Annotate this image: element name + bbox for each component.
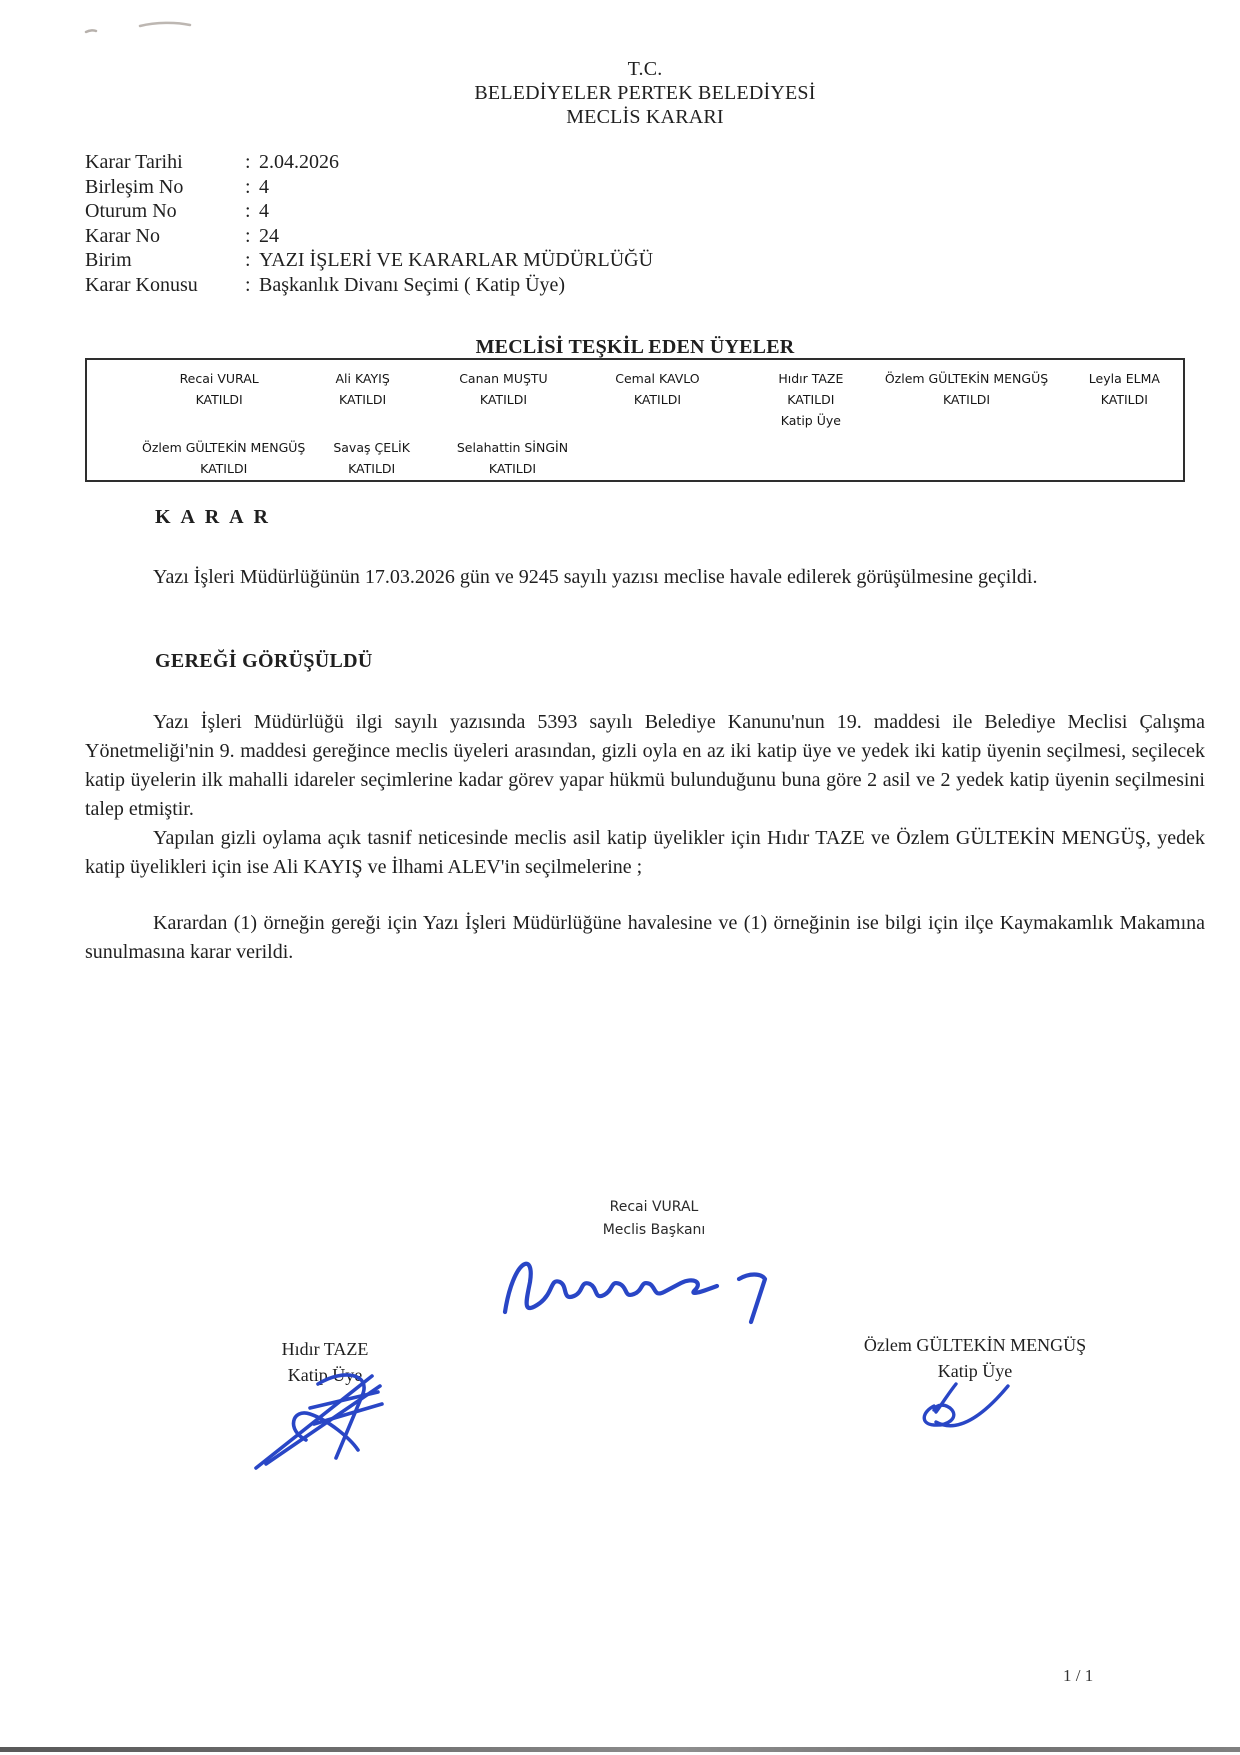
deliberation-heading: GEREĞİ GÖRÜŞÜLDÜ <box>155 650 373 673</box>
members-row-2: Özlem GÜLTEKİN MENGÜŞ KATILDI Savaş ÇELİ… <box>87 437 1183 479</box>
meta-label: Birleşim No <box>85 175 245 200</box>
meta-row-karar-konusu: Karar Konusu:Başkanlık Divanı Seçimi ( K… <box>85 273 1205 298</box>
resolution-paragraph: Karardan (1) örneğin gereği için Yazı İş… <box>85 909 1205 967</box>
member-name: Özlem GÜLTEKİN MENGÜŞ <box>885 368 1048 389</box>
member-name: Özlem GÜLTEKİN MENGÜŞ <box>142 437 305 458</box>
page-number: 1 / 1 <box>1063 1666 1093 1686</box>
decision-heading: K A R A R <box>155 506 271 529</box>
member-status: KATILDI <box>142 389 296 410</box>
member-status: KATILDI <box>142 458 305 479</box>
decision-metadata: Karar Tarihi:2.04.2026 Birleşim No:4 Otu… <box>85 150 1205 297</box>
member-status: KATILDI <box>305 458 438 479</box>
meta-colon: : <box>245 248 259 273</box>
document-header: T.C. BELEDİYELER PERTEK BELEDİYESİ MECLİ… <box>85 57 1205 129</box>
meta-row-karar-tarihi: Karar Tarihi:2.04.2026 <box>85 150 1205 175</box>
paragraph-text: Karardan (1) örneğin gereği için Yazı İş… <box>85 909 1205 967</box>
meta-label: Karar Konusu <box>85 273 245 298</box>
member-status: KATILDI <box>737 389 885 410</box>
deliberation-paragraphs: Yazı İşleri Müdürlüğü ilgi sayılı yazısı… <box>85 708 1205 882</box>
member-cell: Özlem GÜLTEKİN MENGÜŞ KATILDI <box>87 437 305 479</box>
member-status: KATILDI <box>578 389 737 410</box>
member-cell: Özlem GÜLTEKİN MENGÜŞ KATILDI <box>885 368 1048 431</box>
member-name: Ali KAYIŞ <box>296 368 429 389</box>
member-status: KATILDI <box>885 389 1048 410</box>
member-cell: Cemal KAVLO KATILDI <box>578 368 737 431</box>
document-page: T.C. BELEDİYELER PERTEK BELEDİYESİ MECLİ… <box>0 0 1240 1755</box>
header-municipality: BELEDİYELER PERTEK BELEDİYESİ <box>85 81 1205 105</box>
meta-value: Başkanlık Divanı Seçimi ( Katip Üye) <box>259 273 565 298</box>
decision-intro-paragraph: Yazı İşleri Müdürlüğünün 17.03.2026 gün … <box>85 563 1205 592</box>
member-name: Savaş ÇELİK <box>305 437 438 458</box>
scan-edge-bar <box>0 1747 1240 1752</box>
member-cell: Hıdır TAZE KATILDI Katip Üye <box>737 368 885 431</box>
meta-label: Karar Tarihi <box>85 150 245 175</box>
header-republic: T.C. <box>85 57 1205 81</box>
meta-row-karar-no: Karar No:24 <box>85 224 1205 249</box>
member-cell: Canan MUŞTU KATILDI <box>429 368 578 431</box>
meta-value: 4 <box>259 199 269 224</box>
member-status: KATILDI <box>1048 389 1200 410</box>
clerk-left-signature-ink <box>252 1352 397 1474</box>
meta-value: YAZI İŞLERİ VE KARARLAR MÜDÜRLÜĞÜ <box>259 248 653 273</box>
meta-row-birim: Birim:YAZI İŞLERİ VE KARARLAR MÜDÜRLÜĞÜ <box>85 248 1205 273</box>
member-cell: Selahattin SİNGİN KATILDI <box>438 437 587 479</box>
meta-colon: : <box>245 273 259 298</box>
scan-artifact-marks <box>78 18 228 40</box>
member-cell: Leyla ELMA KATILDI <box>1048 368 1200 431</box>
meta-row-oturum-no: Oturum No:4 <box>85 199 1205 224</box>
meta-label: Karar No <box>85 224 245 249</box>
meta-colon: : <box>245 150 259 175</box>
member-name: Recai VURAL <box>142 368 296 389</box>
members-section-title: MECLİSİ TEŞKİL EDEN ÜYELER <box>85 336 1185 358</box>
member-cell: Recai VURAL KATILDI <box>87 368 296 431</box>
member-cell: Savaş ÇELİK KATILDI <box>305 437 438 479</box>
member-status: KATILDI <box>438 458 587 479</box>
member-status: KATILDI <box>296 389 429 410</box>
meta-label: Birim <box>85 248 245 273</box>
member-name: Canan MUŞTU <box>429 368 578 389</box>
meta-colon: : <box>245 199 259 224</box>
meta-value: 4 <box>259 175 269 200</box>
paragraph-text: Yapılan gizli oylama açık tasnif netices… <box>85 824 1205 882</box>
member-name: Selahattin SİNGİN <box>438 437 587 458</box>
council-members-section: MECLİSİ TEŞKİL EDEN ÜYELER Recai VURAL K… <box>85 336 1185 482</box>
member-role: Katip Üye <box>737 410 885 431</box>
president-name: Recai VURAL <box>494 1196 814 1219</box>
member-status: KATILDI <box>429 389 578 410</box>
header-doc-type: MECLİS KARARI <box>85 105 1205 129</box>
member-name: Hıdır TAZE <box>737 368 885 389</box>
clerk-right-signature-ink <box>912 1376 1016 1434</box>
meta-label: Oturum No <box>85 199 245 224</box>
members-row-1: Recai VURAL KATILDI Ali KAYIŞ KATILDI Ca… <box>87 368 1183 431</box>
paragraph-text: Yazı İşleri Müdürlüğünün 17.03.2026 gün … <box>85 563 1205 592</box>
meta-value: 24 <box>259 224 279 249</box>
member-name: Leyla ELMA <box>1048 368 1200 389</box>
member-cell: Ali KAYIŞ KATILDI <box>296 368 429 431</box>
meta-row-birlesim-no: Birleşim No:4 <box>85 175 1205 200</box>
meta-colon: : <box>245 224 259 249</box>
members-table: Recai VURAL KATILDI Ali KAYIŞ KATILDI Ca… <box>85 358 1185 482</box>
clerk-right-name: Özlem GÜLTEKİN MENGÜŞ <box>795 1332 1155 1358</box>
member-name: Cemal KAVLO <box>578 368 737 389</box>
paragraph-text: Yazı İşleri Müdürlüğü ilgi sayılı yazısı… <box>85 708 1205 824</box>
president-signature-ink <box>495 1234 800 1326</box>
meta-colon: : <box>245 175 259 200</box>
meta-value: 2.04.2026 <box>259 150 339 175</box>
